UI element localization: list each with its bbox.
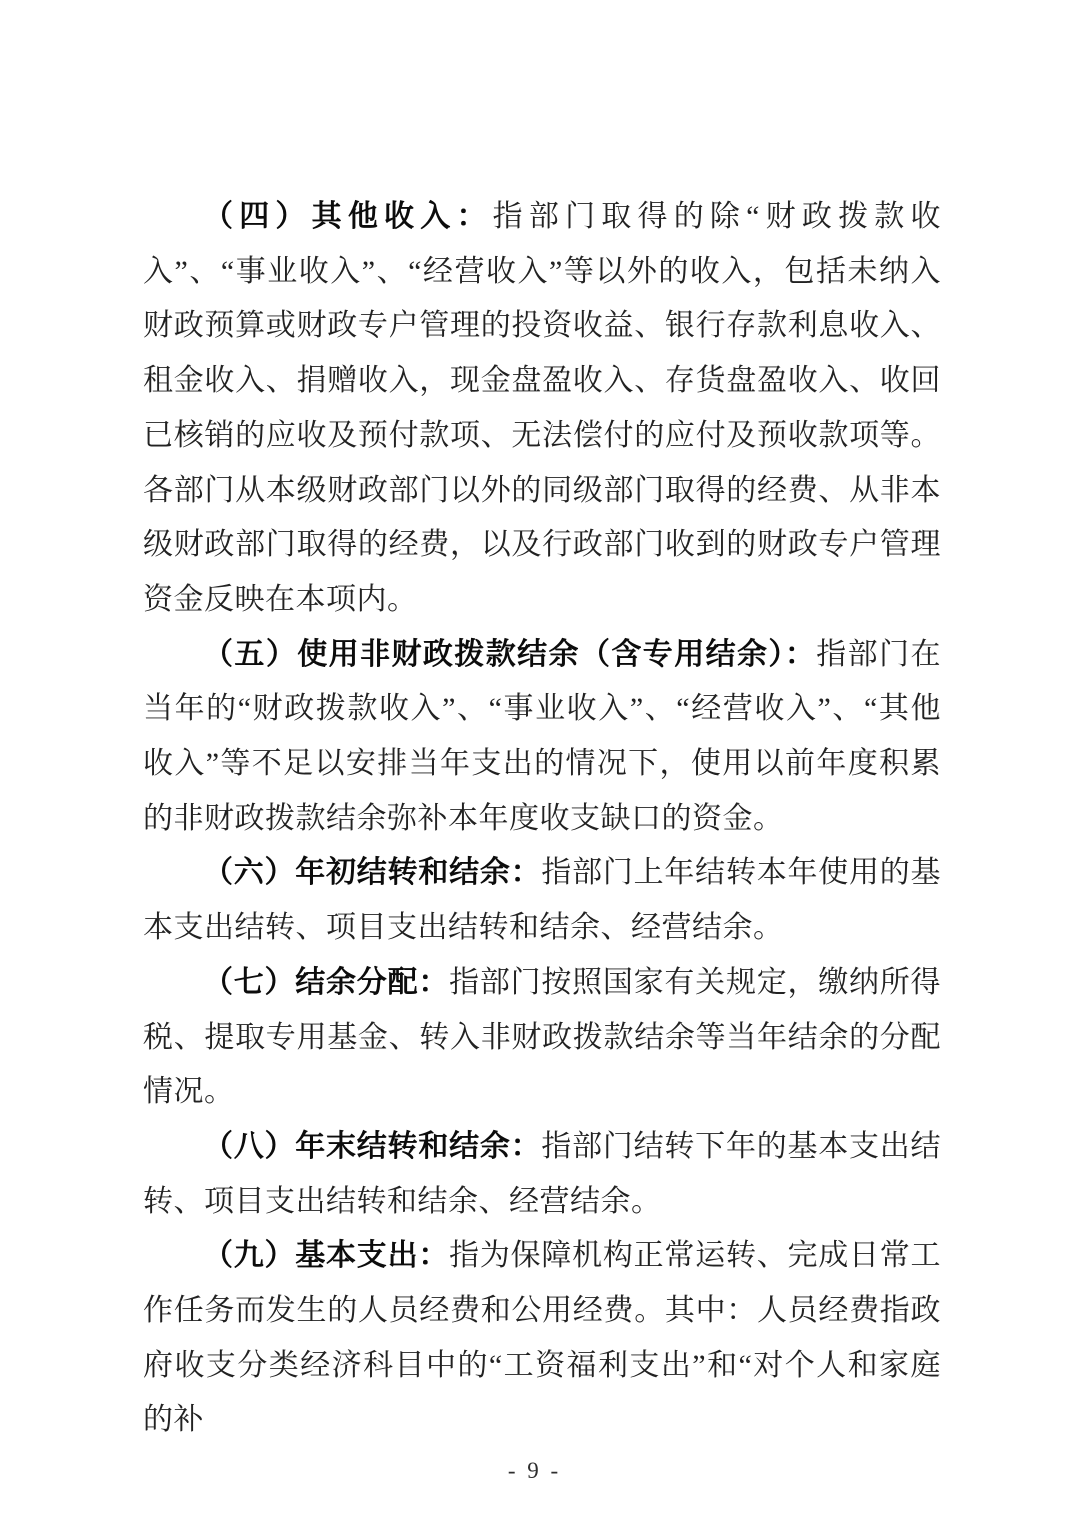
term-label-basic-expenditure: （九）基本支出：: [203, 1239, 449, 1272]
paragraph-year-begin-carryover: （六）年初结转和结余：指部门上年结转本年使用的基本支出结转、项目支出结转和结余、…: [143, 846, 941, 955]
term-label-surplus-distribution: （七）结余分配：: [203, 966, 449, 999]
page-number: - 9 -: [0, 1458, 1069, 1484]
document-body: （四）其他收入：指部门取得的除“财政拨款收入”、“事业收入”、“经营收入”等以外…: [143, 190, 941, 1448]
paragraph-other-income: （四）其他收入：指部门取得的除“财政拨款收入”、“事业收入”、“经营收入”等以外…: [143, 190, 941, 628]
paragraph-surplus-distribution: （七）结余分配：指部门按照国家有关规定，缴纳所得税、提取专用基金、转入非财政拨款…: [143, 956, 941, 1120]
paragraph-basic-expenditure: （九）基本支出：指为保障机构正常运转、完成日常工作任务而发生的人员经费和公用经费…: [143, 1229, 941, 1448]
document-page: （四）其他收入：指部门取得的除“财政拨款收入”、“事业收入”、“经营收入”等以外…: [0, 0, 1069, 1515]
term-label-year-end-carryover: （八）年末结转和结余：: [203, 1130, 541, 1163]
term-label-other-income: （四）其他收入：: [203, 200, 493, 233]
paragraph-non-fiscal-surplus: （五）使用非财政拨款结余（含专用结余）：指部门在当年的“财政拨款收入”、“事业收…: [143, 628, 941, 847]
paragraph-year-end-carryover: （八）年末结转和结余：指部门结转下年的基本支出结转、项目支出结转和结余、经营结余…: [143, 1120, 941, 1229]
term-definition-other-income: 指部门取得的除“财政拨款收入”、“事业收入”、“经营收入”等以外的收入，包括未纳…: [143, 200, 941, 616]
term-label-year-begin-carryover: （六）年初结转和结余：: [203, 856, 541, 889]
term-label-non-fiscal-surplus: （五）使用非财政拨款结余（含专用结余）：: [203, 638, 816, 671]
